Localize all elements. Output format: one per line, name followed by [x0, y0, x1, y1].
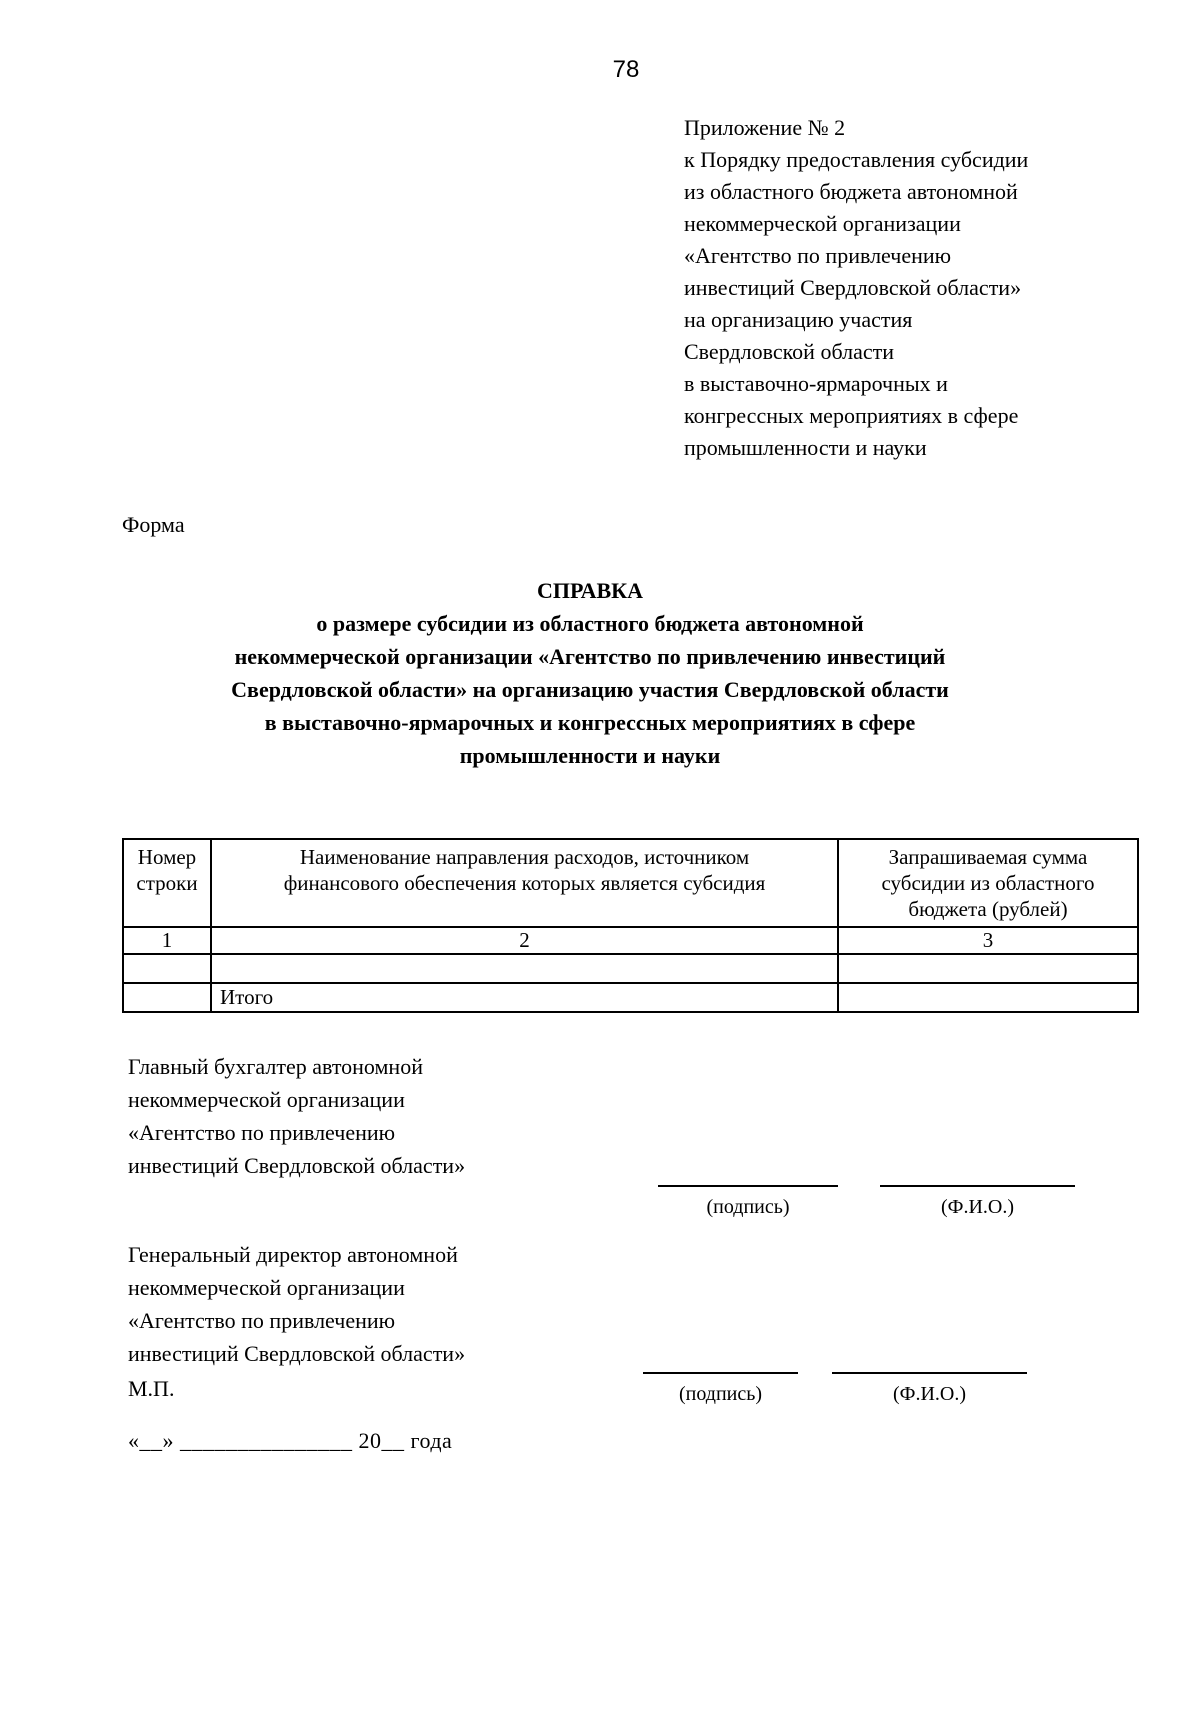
title-line: промышленности и науки [80, 739, 1100, 772]
fio-caption: (Ф.И.О.) [832, 1383, 1027, 1406]
appendix-block: Приложение № 2 к Порядку предоставления … [684, 112, 1124, 464]
document-page: 78 Приложение № 2 к Порядку предоставлен… [0, 0, 1200, 1718]
subsidy-table: Номер строки Наименование направления ра… [122, 838, 1139, 1013]
numbering-cell: 3 [838, 927, 1138, 954]
appendix-line: Свердловской области [684, 336, 1124, 368]
total-label-cell: Итого [211, 983, 838, 1012]
empty-cell [838, 983, 1138, 1012]
document-title: СПРАВКА о размере субсидии из областного… [80, 574, 1100, 772]
appendix-line: «Агентство по привлечению [684, 240, 1124, 272]
empty-cell [123, 983, 211, 1012]
fio-blank-line [832, 1372, 1027, 1374]
title-line: некоммерческой организации «Агентство по… [80, 640, 1100, 673]
title-line: СПРАВКА [80, 574, 1100, 607]
chief-accountant-block: Главный бухгалтер автономной некоммерчес… [128, 1050, 598, 1182]
signatory-line: «Агентство по привлечению [128, 1116, 598, 1149]
appendix-line: к Порядку предоставления субсидии [684, 144, 1124, 176]
signatory-line: Генеральный директор автономной [128, 1238, 598, 1271]
empty-cell [838, 954, 1138, 983]
fio-blank-line [880, 1185, 1075, 1187]
stamp-place-label: М.П. [128, 1376, 174, 1402]
table-total-row: Итого [123, 983, 1138, 1012]
form-label: Форма [122, 512, 185, 538]
signatory-line: инвестиций Свердловской области» [128, 1149, 598, 1182]
col-header-expense-direction: Наименование направления расходов, источ… [211, 839, 838, 927]
appendix-line: в выставочно-ярмарочных и [684, 368, 1124, 400]
col-header-requested-amount: Запрашиваемая сумма субсидии из областно… [838, 839, 1138, 927]
title-line: Свердловской области» на организацию уча… [80, 673, 1100, 706]
table-empty-row [123, 954, 1138, 983]
signatory-line: Главный бухгалтер автономной [128, 1050, 598, 1083]
signature-blank-line [643, 1372, 798, 1374]
appendix-line: некоммерческой организации [684, 208, 1124, 240]
title-line: в выставочно-ярмарочных и конгрессных ме… [80, 706, 1100, 739]
general-director-block: Генеральный директор автономной некоммер… [128, 1238, 598, 1370]
appendix-line: конгрессных мероприятиях в сфере [684, 400, 1124, 432]
signature-blank-line [658, 1185, 838, 1187]
signatory-line: некоммерческой организации [128, 1271, 598, 1304]
signature-caption: (подпись) [658, 1196, 838, 1219]
signatory-line: инвестиций Свердловской области» [128, 1337, 598, 1370]
table-numbering-row: 1 2 3 [123, 927, 1138, 954]
page-number: 78 [586, 56, 666, 84]
title-line: о размере субсидии из областного бюджета… [80, 607, 1100, 640]
numbering-cell: 1 [123, 927, 211, 954]
appendix-line: инвестиций Свердловской области» [684, 272, 1124, 304]
empty-cell [123, 954, 211, 983]
appendix-line: Приложение № 2 [684, 112, 1124, 144]
fio-caption: (Ф.И.О.) [880, 1196, 1075, 1219]
appendix-line: промышленности и науки [684, 432, 1124, 464]
signatory-line: «Агентство по привлечению [128, 1304, 598, 1337]
empty-cell [211, 954, 838, 983]
signatory-line: некоммерческой организации [128, 1083, 598, 1116]
date-blank-line: «__» _______________ 20__ года [128, 1428, 452, 1454]
appendix-line: на организацию участия [684, 304, 1124, 336]
table-header-row: Номер строки Наименование направления ра… [123, 839, 1138, 927]
col-header-row-number: Номер строки [123, 839, 211, 927]
appendix-line: из областного бюджета автономной [684, 176, 1124, 208]
signature-caption: (подпись) [643, 1383, 798, 1406]
numbering-cell: 2 [211, 927, 838, 954]
